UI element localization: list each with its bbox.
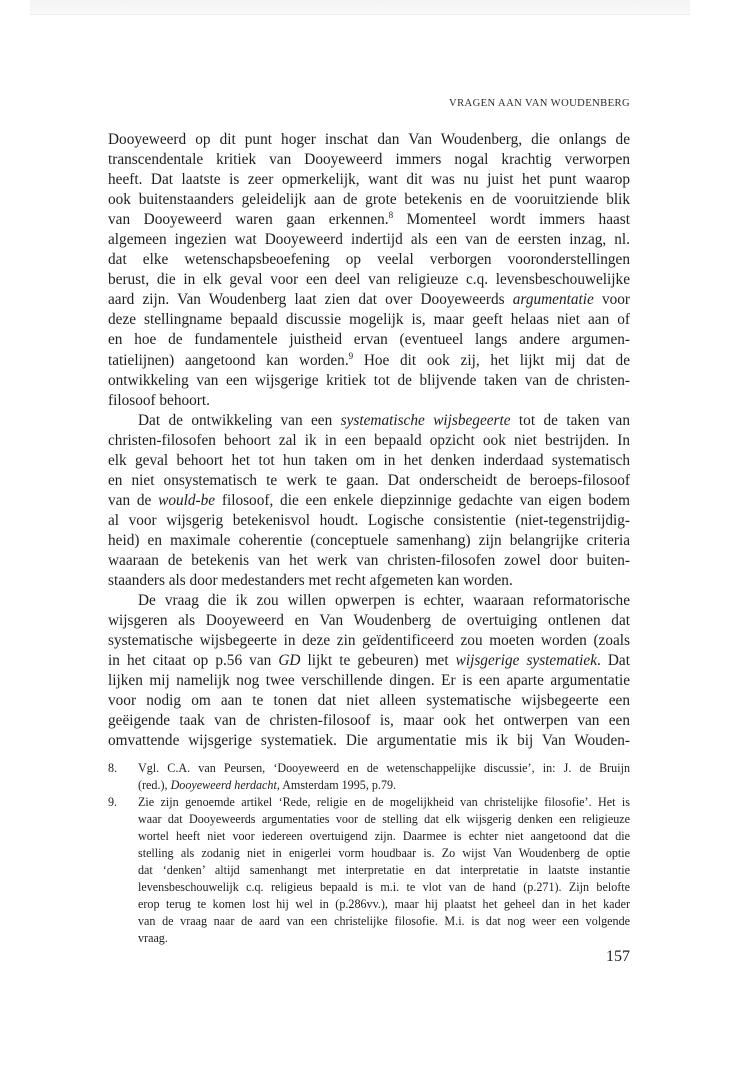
- emphasis: Dooyeweerd herdacht: [171, 778, 277, 792]
- scan-edge: [30, 0, 690, 15]
- text-line: en hoe de fundamentele juistheid ervan (…: [108, 330, 630, 350]
- text-line: transcendentale kritiek van Dooyeweerd i…: [108, 150, 630, 170]
- text-line: van de would-be filosoof, die een enkele…: [108, 491, 630, 511]
- text-line: al voor wijsgerig betekenisvol houdt. Lo…: [108, 511, 630, 531]
- text-line: en niet onsystematisch te werk te gaan. …: [108, 471, 630, 491]
- footnote-number: 8.: [108, 760, 117, 777]
- text-line: tatielijnen) aangetoond kan worden.9 Hoe…: [108, 351, 630, 371]
- emphasis: argumentatie: [513, 291, 594, 308]
- text-line: aard zijn. Van Woudenberg laat zien dat …: [108, 290, 630, 310]
- text-line: Dooyeweerd op dit punt hoger inschat dan…: [108, 130, 630, 150]
- footnote-line: Zie zijn genoemde artikel ‘Rede, religie…: [138, 794, 630, 811]
- footnote-line: dat ‘denken’ altijd samenhangt met inter…: [138, 862, 630, 879]
- footnote-line: vraag.: [138, 930, 630, 947]
- text-span: . Dat: [597, 652, 630, 669]
- text-span: van de: [108, 492, 158, 509]
- text-span: Momenteel wordt immers haast: [393, 211, 630, 228]
- emphasis: would-be: [158, 492, 215, 509]
- footnote-line: wortel heeft niet voor iedereen overtuig…: [138, 828, 630, 845]
- text-span: (red.),: [138, 778, 171, 792]
- text-line: wijsgeren als Dooyeweerd en Van Woudenbe…: [108, 611, 630, 631]
- text-span: tot de taken van: [511, 412, 630, 429]
- text-span: aard zijn. Van Woudenberg laat zien dat …: [108, 291, 505, 308]
- footnote-line: Vgl. C.A. van Peursen, ‘Dooyeweerd en de…: [138, 760, 630, 777]
- text-line: deze stellingname bepaald discussie moge…: [108, 310, 630, 330]
- paragraph-2: Dat de ontwikkeling van een systematisch…: [108, 411, 630, 591]
- running-head: VRAGEN AAN VAN WOUDENBERG: [380, 98, 630, 109]
- footnotes: 8. Vgl. C.A. van Peursen, ‘Dooyeweerd en…: [108, 760, 630, 948]
- text-line: ontwikkeling van een wijsgerige kritiek …: [108, 371, 630, 391]
- paragraph-1: Dooyeweerd op dit punt hoger inschat dan…: [108, 130, 630, 411]
- footnote-line: erop terug te komen lost hij wel in (p.2…: [138, 896, 630, 913]
- text-line: Dat de ontwikkeling van een systematisch…: [108, 411, 630, 431]
- text-line: ook buitenstaanders geleidelijk aan de g…: [108, 190, 630, 210]
- footnote-line: waar dat Dooyeweerds argumentaties voor …: [138, 811, 630, 828]
- text-line: christen-filosofen behoort zal ik in een…: [108, 431, 630, 451]
- text-line: algemeen ingezien wat Dooyeweerd inderti…: [108, 230, 630, 250]
- body-text: Dooyeweerd op dit punt hoger inschat dan…: [108, 130, 630, 751]
- text-line: elk geval behoort het tot hun taken om i…: [108, 451, 630, 471]
- text-span: Hoe dit ook zij, het lijkt mij dat de: [353, 352, 630, 369]
- text-line: omvattende wijsgerige systematiek. Die a…: [108, 731, 630, 751]
- footnote-line: (red.), Dooyeweerd herdacht, Amsterdam 1…: [138, 777, 630, 794]
- text-line: filosoof behoort.: [108, 391, 630, 411]
- text-span: in het citaat op p.56 van: [108, 652, 278, 669]
- text-span: lijkt te gebeuren) met: [300, 652, 455, 669]
- text-line: staanders als door medestanders met rech…: [108, 571, 630, 591]
- footnote-line: levensbeschouwelijk c.q. religieus bepaa…: [138, 879, 630, 896]
- text-line: geëigende taak van de christen-filosoof …: [108, 711, 630, 731]
- text-line: in het citaat op p.56 van GD lijkt te ge…: [108, 651, 630, 671]
- footnote-line: stelling als zodanig niet in enigerlei v…: [138, 845, 630, 862]
- text-line: dat elke wetenschapsbeoefening op veelal…: [108, 250, 630, 270]
- footnote-8: 8. Vgl. C.A. van Peursen, ‘Dooyeweerd en…: [108, 760, 630, 794]
- footnote-number: 9.: [108, 794, 117, 811]
- text-line: berust, die in elk geval voor een deel v…: [108, 270, 630, 290]
- text-span: Dat de ontwikkeling van een: [138, 412, 341, 429]
- text-span: tatielijnen) aangetoond kan worden.: [108, 352, 349, 369]
- text-line: van Dooyeweerd waren gaan erkennen.8 Mom…: [108, 210, 630, 230]
- text-line: heid) en maximale coherentie (conceptuel…: [108, 531, 630, 551]
- emphasis: wijsgerige systematiek: [456, 652, 597, 669]
- emphasis: systematische wijsbegeerte: [341, 412, 511, 429]
- text-line: systematische wijsbegeerte in deze zin g…: [108, 631, 630, 651]
- text-line: waaraan de betekenis van het werk van ch…: [108, 551, 630, 571]
- footnote-line: van de vraag naar de aard van een christ…: [138, 913, 630, 930]
- text-line: voor nodig om aan te tonen dat niet alle…: [108, 691, 630, 711]
- paragraph-3: De vraag die ik zou willen opwerpen is e…: [108, 591, 630, 751]
- text-span: filosoof, die een enkele diepzinnige ged…: [215, 492, 630, 509]
- text-line: lijken mij namelijk nog twee verschillen…: [108, 671, 630, 691]
- text-span: van Dooyeweerd waren gaan erkennen.: [108, 211, 389, 228]
- text-span: , Amsterdam 1995, p.79.: [277, 778, 396, 792]
- text-line: heeft. Dat laatste is zeer opmerkelijk, …: [108, 170, 630, 190]
- footnote-9: 9. Zie zijn genoemde artikel ‘Rede, reli…: [108, 794, 630, 947]
- text-line: De vraag die ik zou willen opwerpen is e…: [108, 591, 630, 611]
- emphasis: GD: [278, 652, 300, 669]
- page-number: 157: [560, 948, 630, 966]
- text-span: voor: [594, 291, 630, 308]
